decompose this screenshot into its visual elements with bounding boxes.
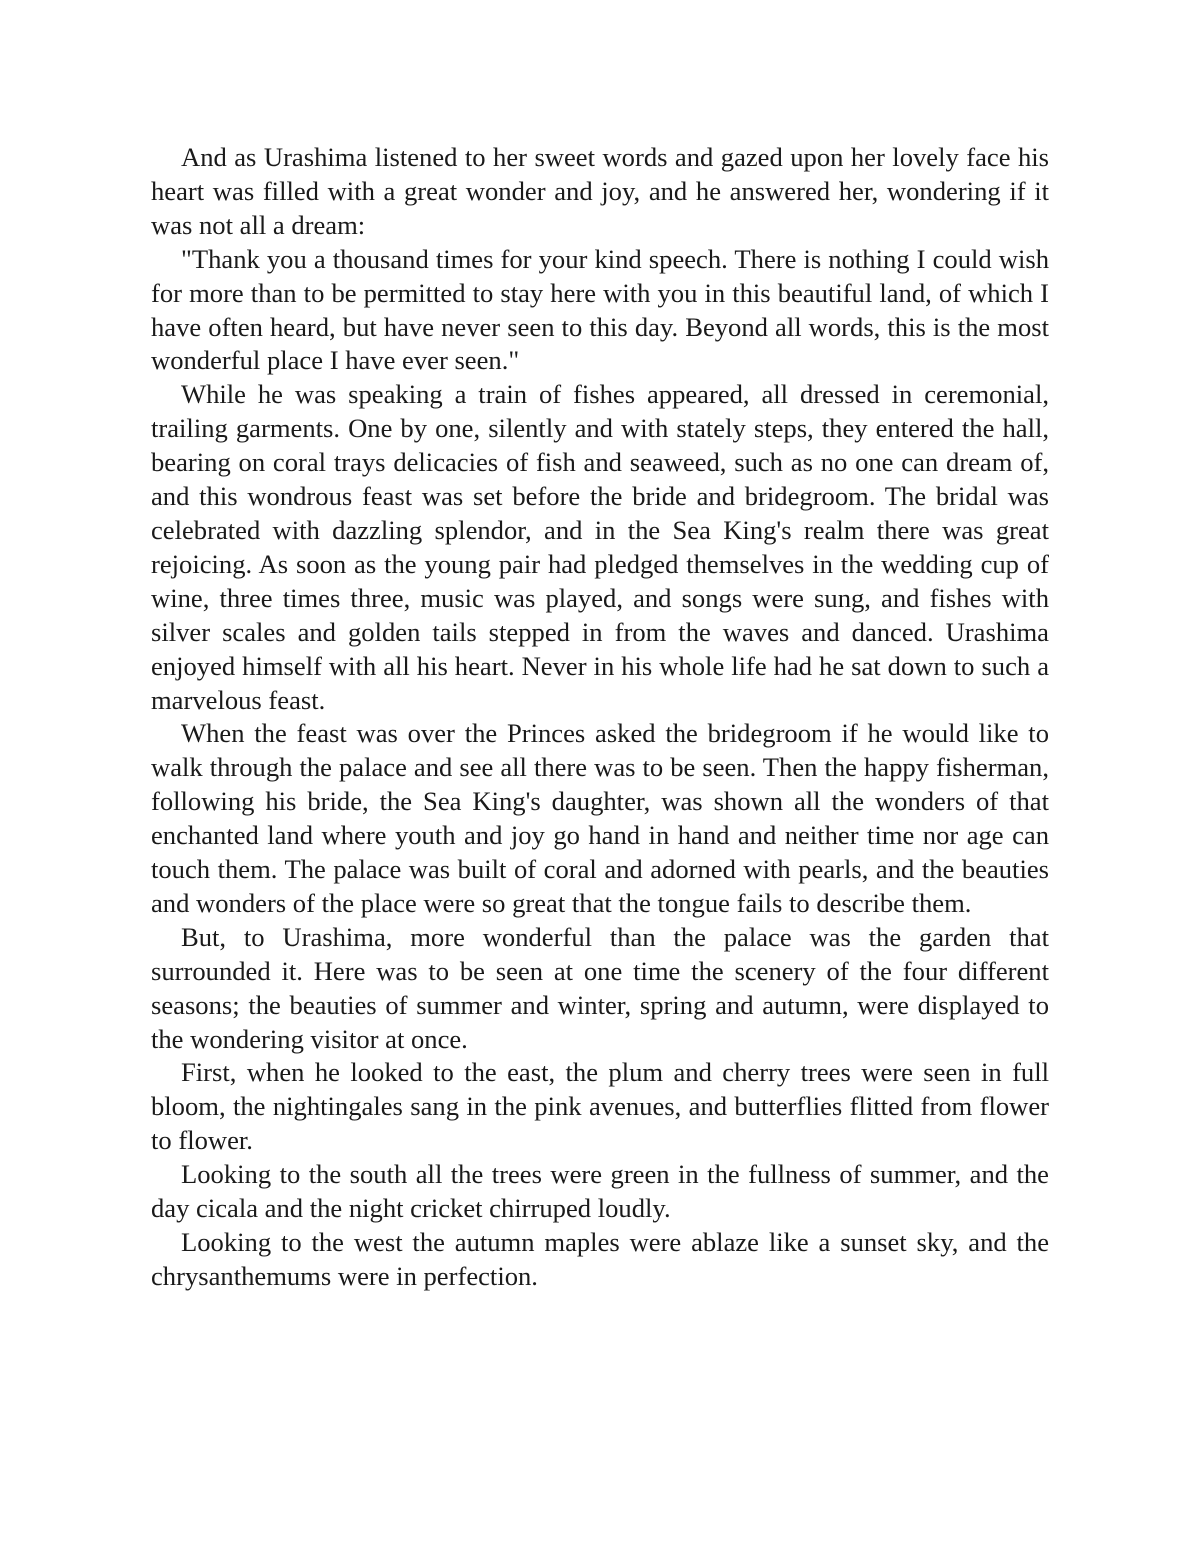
paragraph: While he was speaking a train of fishes … bbox=[151, 378, 1049, 717]
paragraph: First, when he looked to the east, the p… bbox=[151, 1056, 1049, 1158]
document-page: And as Urashima listened to her sweet wo… bbox=[151, 141, 1049, 1294]
paragraph: And as Urashima listened to her sweet wo… bbox=[151, 141, 1049, 243]
paragraph: Looking to the south all the trees were … bbox=[151, 1158, 1049, 1226]
paragraph: "Thank you a thousand times for your kin… bbox=[151, 243, 1049, 379]
paragraph: Looking to the west the autumn maples we… bbox=[151, 1226, 1049, 1294]
paragraph: When the feast was over the Princes aske… bbox=[151, 717, 1049, 920]
paragraph: But, to Urashima, more wonderful than th… bbox=[151, 921, 1049, 1057]
